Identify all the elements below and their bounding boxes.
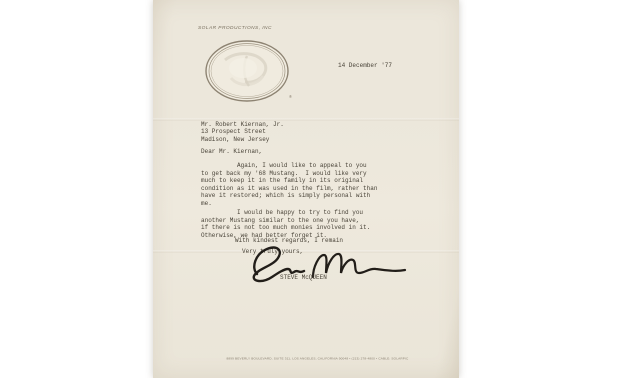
registered-trademark-icon: ® (289, 94, 292, 99)
letter-photo: SOLAR PRODUCTIONS, INC ® 14 December '77… (0, 0, 620, 378)
letter-date: 14 December '77 (338, 62, 392, 70)
solar-seal-icon (203, 38, 291, 104)
body-paragraph-1: Again, I would like to appeal to you to … (201, 162, 377, 208)
salutation: Dear Mr. Kiernan, (201, 148, 262, 156)
body-paragraph-2: I would be happy to try to find you anot… (201, 209, 370, 239)
company-name: SOLAR PRODUCTIONS, INC (198, 26, 272, 31)
paper-fold-line-top (153, 118, 459, 121)
letterhead-footer-address: 8899 BEVERLY BOULEVARD, SUITE 311, LOS A… (226, 357, 385, 360)
recipient-address: Mr. Robert Kiernan, Jr. 13 Prospect Stre… (201, 121, 284, 143)
typed-signature-name: STEVE McQUEEN (280, 274, 327, 282)
letter-paper: SOLAR PRODUCTIONS, INC ® 14 December '77… (153, 0, 459, 378)
